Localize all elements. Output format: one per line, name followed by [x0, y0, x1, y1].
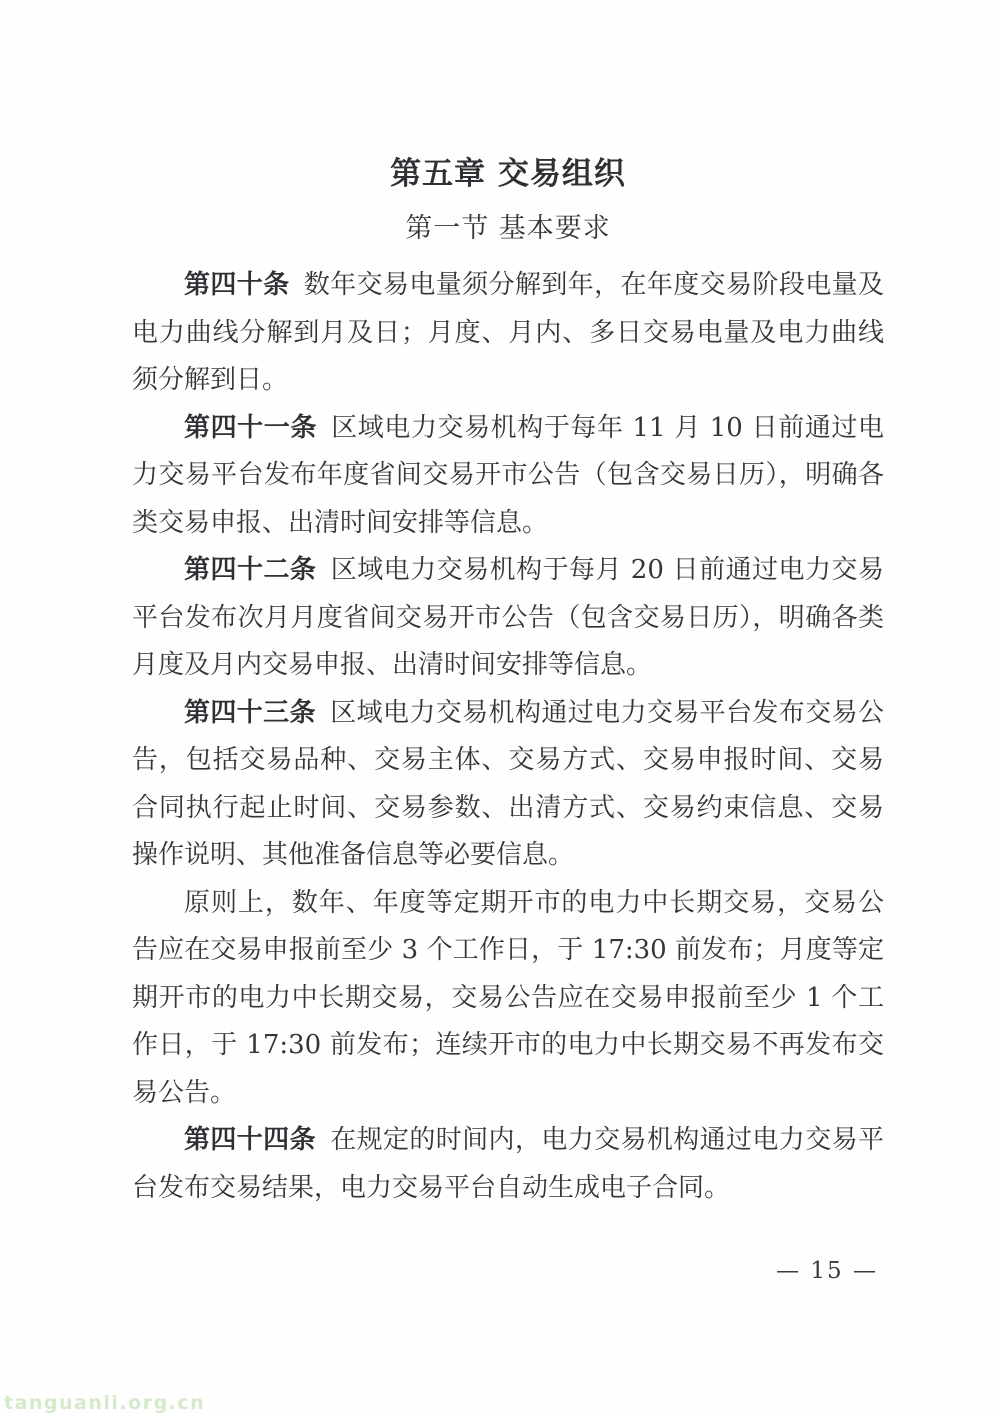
article-number: 第四十二条 — [184, 555, 316, 585]
article-number: 第四十三条 — [184, 698, 316, 728]
document-page: 第五章 交易组织 第一节 基本要求 第四十条数年交易电量须分解到年，在年度交易阶… — [0, 0, 1000, 1414]
paragraph-principle: 原则上，数年、年度等定期开市的电力中长期交易，交易公告应在交易申报前至少 3 个… — [132, 880, 884, 1118]
paragraph-text: 原则上，数年、年度等定期开市的电力中长期交易，交易公告应在交易申报前至少 3 个… — [132, 888, 884, 1108]
chapter-title: 第五章 交易组织 — [132, 152, 884, 196]
article-number: 第四十一条 — [184, 413, 317, 443]
paragraph-article-40: 第四十条数年交易电量须分解到年，在年度交易阶段电量及电力曲线分解到月及日；月度、… — [132, 262, 884, 405]
section-title: 第一节 基本要求 — [132, 210, 884, 248]
paragraph-article-42: 第四十二条区域电力交易机构于每月 20 日前通过电力交易平台发布次月月度省间交易… — [132, 547, 884, 690]
document-content: 第五章 交易组织 第一节 基本要求 第四十条数年交易电量须分解到年，在年度交易阶… — [132, 152, 884, 1212]
paragraph-article-44: 第四十四条在规定的时间内，电力交易机构通过电力交易平台发布交易结果，电力交易平台… — [132, 1117, 884, 1212]
watermark-text: tanguanli.org.cn — [4, 1392, 205, 1414]
article-number: 第四十条 — [184, 270, 290, 300]
paragraph-article-43: 第四十三条区域电力交易机构通过电力交易平台发布交易公告，包括交易品种、交易主体、… — [132, 690, 884, 880]
paragraph-article-41: 第四十一条区域电力交易机构于每年 11 月 10 日前通过电力交易平台发布年度省… — [132, 405, 884, 548]
page-number: — 15 — — [776, 1258, 878, 1284]
article-number: 第四十四条 — [184, 1125, 316, 1155]
